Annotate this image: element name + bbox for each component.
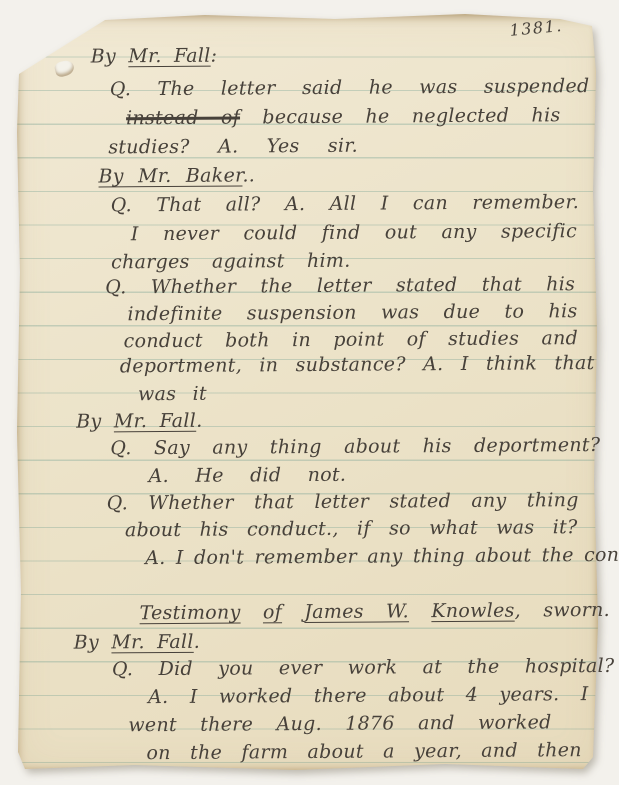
handwritten-text: By bbox=[74, 631, 112, 653]
underlined-text: Knowles bbox=[431, 600, 514, 623]
manuscript-line: By Mr. Fall: bbox=[91, 44, 218, 69]
manuscript-line: A. I don't remember any thing about the … bbox=[145, 542, 619, 570]
handwritten-text: indefinite suspension was due to his bbox=[127, 300, 577, 325]
handwritten-text: By bbox=[76, 410, 114, 432]
handwritten-text: A. I worked there about 4 years. I bbox=[148, 683, 589, 708]
handwritten-text: A. He did not. bbox=[149, 464, 347, 487]
underlined-text: Mr. Fall bbox=[128, 45, 210, 68]
manuscript-line: about his conduct., if so what was it? bbox=[125, 515, 578, 542]
handwritten-text: on the farm about a year, and then bbox=[146, 739, 581, 764]
manuscript-line: Q. Whether that letter stated any thing bbox=[107, 488, 579, 515]
underlined-text: By Mr. Baker bbox=[98, 164, 242, 187]
handwritten-text: about his conduct., if so what was it? bbox=[125, 516, 578, 541]
manuscript-line: on the farm about a year, and then bbox=[146, 738, 581, 765]
handwritten-text: Q. That all? A. All I can remember. bbox=[111, 191, 580, 216]
manuscript-line: Q. The letter said he was suspended bbox=[110, 74, 590, 101]
handwritten-text: : bbox=[211, 45, 218, 67]
handwritten-text bbox=[240, 601, 262, 623]
handwritten-text: studies? A. Yes sir. bbox=[108, 135, 358, 159]
handwritten-text: Q. Whether the letter stated that his bbox=[105, 273, 575, 298]
manuscript-line: went there Aug. 1876 and worked bbox=[128, 710, 551, 737]
manuscript-line: instead of because he neglected his bbox=[126, 103, 561, 130]
handwritten-text: . bbox=[194, 631, 200, 653]
handwritten-text: Q. Say any thing about his deportment? bbox=[110, 434, 600, 459]
handwritten-text: By bbox=[91, 45, 129, 67]
manuscript-line: Testimony of James W. Knowles, sworn. bbox=[139, 598, 610, 625]
page-number: 1381. bbox=[509, 16, 564, 40]
handwritten-text: Q. The letter said he was suspended bbox=[110, 75, 590, 100]
manuscript-line: charges against him. bbox=[111, 249, 351, 275]
underlined-text: James W. bbox=[304, 600, 409, 623]
handwritten-text: was it bbox=[138, 383, 207, 405]
handwritten-text: conduct both in point of studies and bbox=[124, 327, 579, 352]
manuscript-line: deportment, in substance? A. I think tha… bbox=[120, 351, 595, 378]
handwritten-text: deportment, in substance? A. I think tha… bbox=[120, 352, 595, 377]
handwritten-text: I never could find out any specific bbox=[131, 220, 577, 245]
underlined-text: Mr. Fall bbox=[111, 631, 193, 654]
manuscript-line: conduct both in point of studies and bbox=[124, 326, 579, 353]
manuscript-line: Q. Say any thing about his deportment? bbox=[110, 433, 600, 460]
handwritten-text: , sworn. bbox=[515, 599, 610, 622]
manuscript-line: By Mr. Baker.. bbox=[98, 163, 255, 188]
handwritten-text bbox=[282, 601, 304, 623]
manuscript-line: By Mr. Fall. bbox=[74, 630, 200, 655]
manuscript-text-layer: 1381. By Mr. Fall:Q. The letter said he … bbox=[0, 0, 619, 785]
manuscript-line: I never could find out any specific bbox=[131, 219, 577, 246]
scanned-document-page: 1381. By Mr. Fall:Q. The letter said he … bbox=[0, 0, 619, 785]
manuscript-line: Q. That all? A. All I can remember. bbox=[111, 190, 580, 217]
manuscript-line: A. I worked there about 4 years. I bbox=[148, 682, 589, 709]
underlined-text: Mr. Fall bbox=[114, 410, 196, 433]
handwritten-text: . bbox=[196, 410, 202, 432]
handwritten-text: .. bbox=[242, 164, 255, 186]
manuscript-line: indefinite suspension was due to his bbox=[127, 299, 577, 326]
underlined-text: of bbox=[263, 601, 282, 623]
handwritten-text: because he neglected his bbox=[240, 104, 561, 128]
handwritten-text bbox=[409, 600, 431, 622]
manuscript-line: A. He did not. bbox=[148, 463, 346, 488]
handwritten-text: went there Aug. 1876 and worked bbox=[128, 711, 551, 736]
manuscript-line: Q. Did you ever work at the hospital? bbox=[112, 654, 615, 682]
underlined-text: Testimony bbox=[139, 601, 240, 624]
struck-out-text: instead of bbox=[126, 106, 240, 129]
handwritten-text: Q. Whether that letter stated any thing bbox=[107, 489, 579, 514]
handwritten-text: charges against him. bbox=[111, 250, 351, 274]
handwritten-text: A. I don't remember any thing about the … bbox=[145, 543, 619, 569]
manuscript-line: By Mr. Fall. bbox=[76, 409, 202, 434]
manuscript-line: was it bbox=[138, 382, 207, 406]
handwritten-text: Q. Did you ever work at the hospital? bbox=[112, 655, 615, 681]
manuscript-line: studies? A. Yes sir. bbox=[108, 134, 358, 160]
manuscript-line: Q. Whether the letter stated that his bbox=[105, 272, 575, 299]
